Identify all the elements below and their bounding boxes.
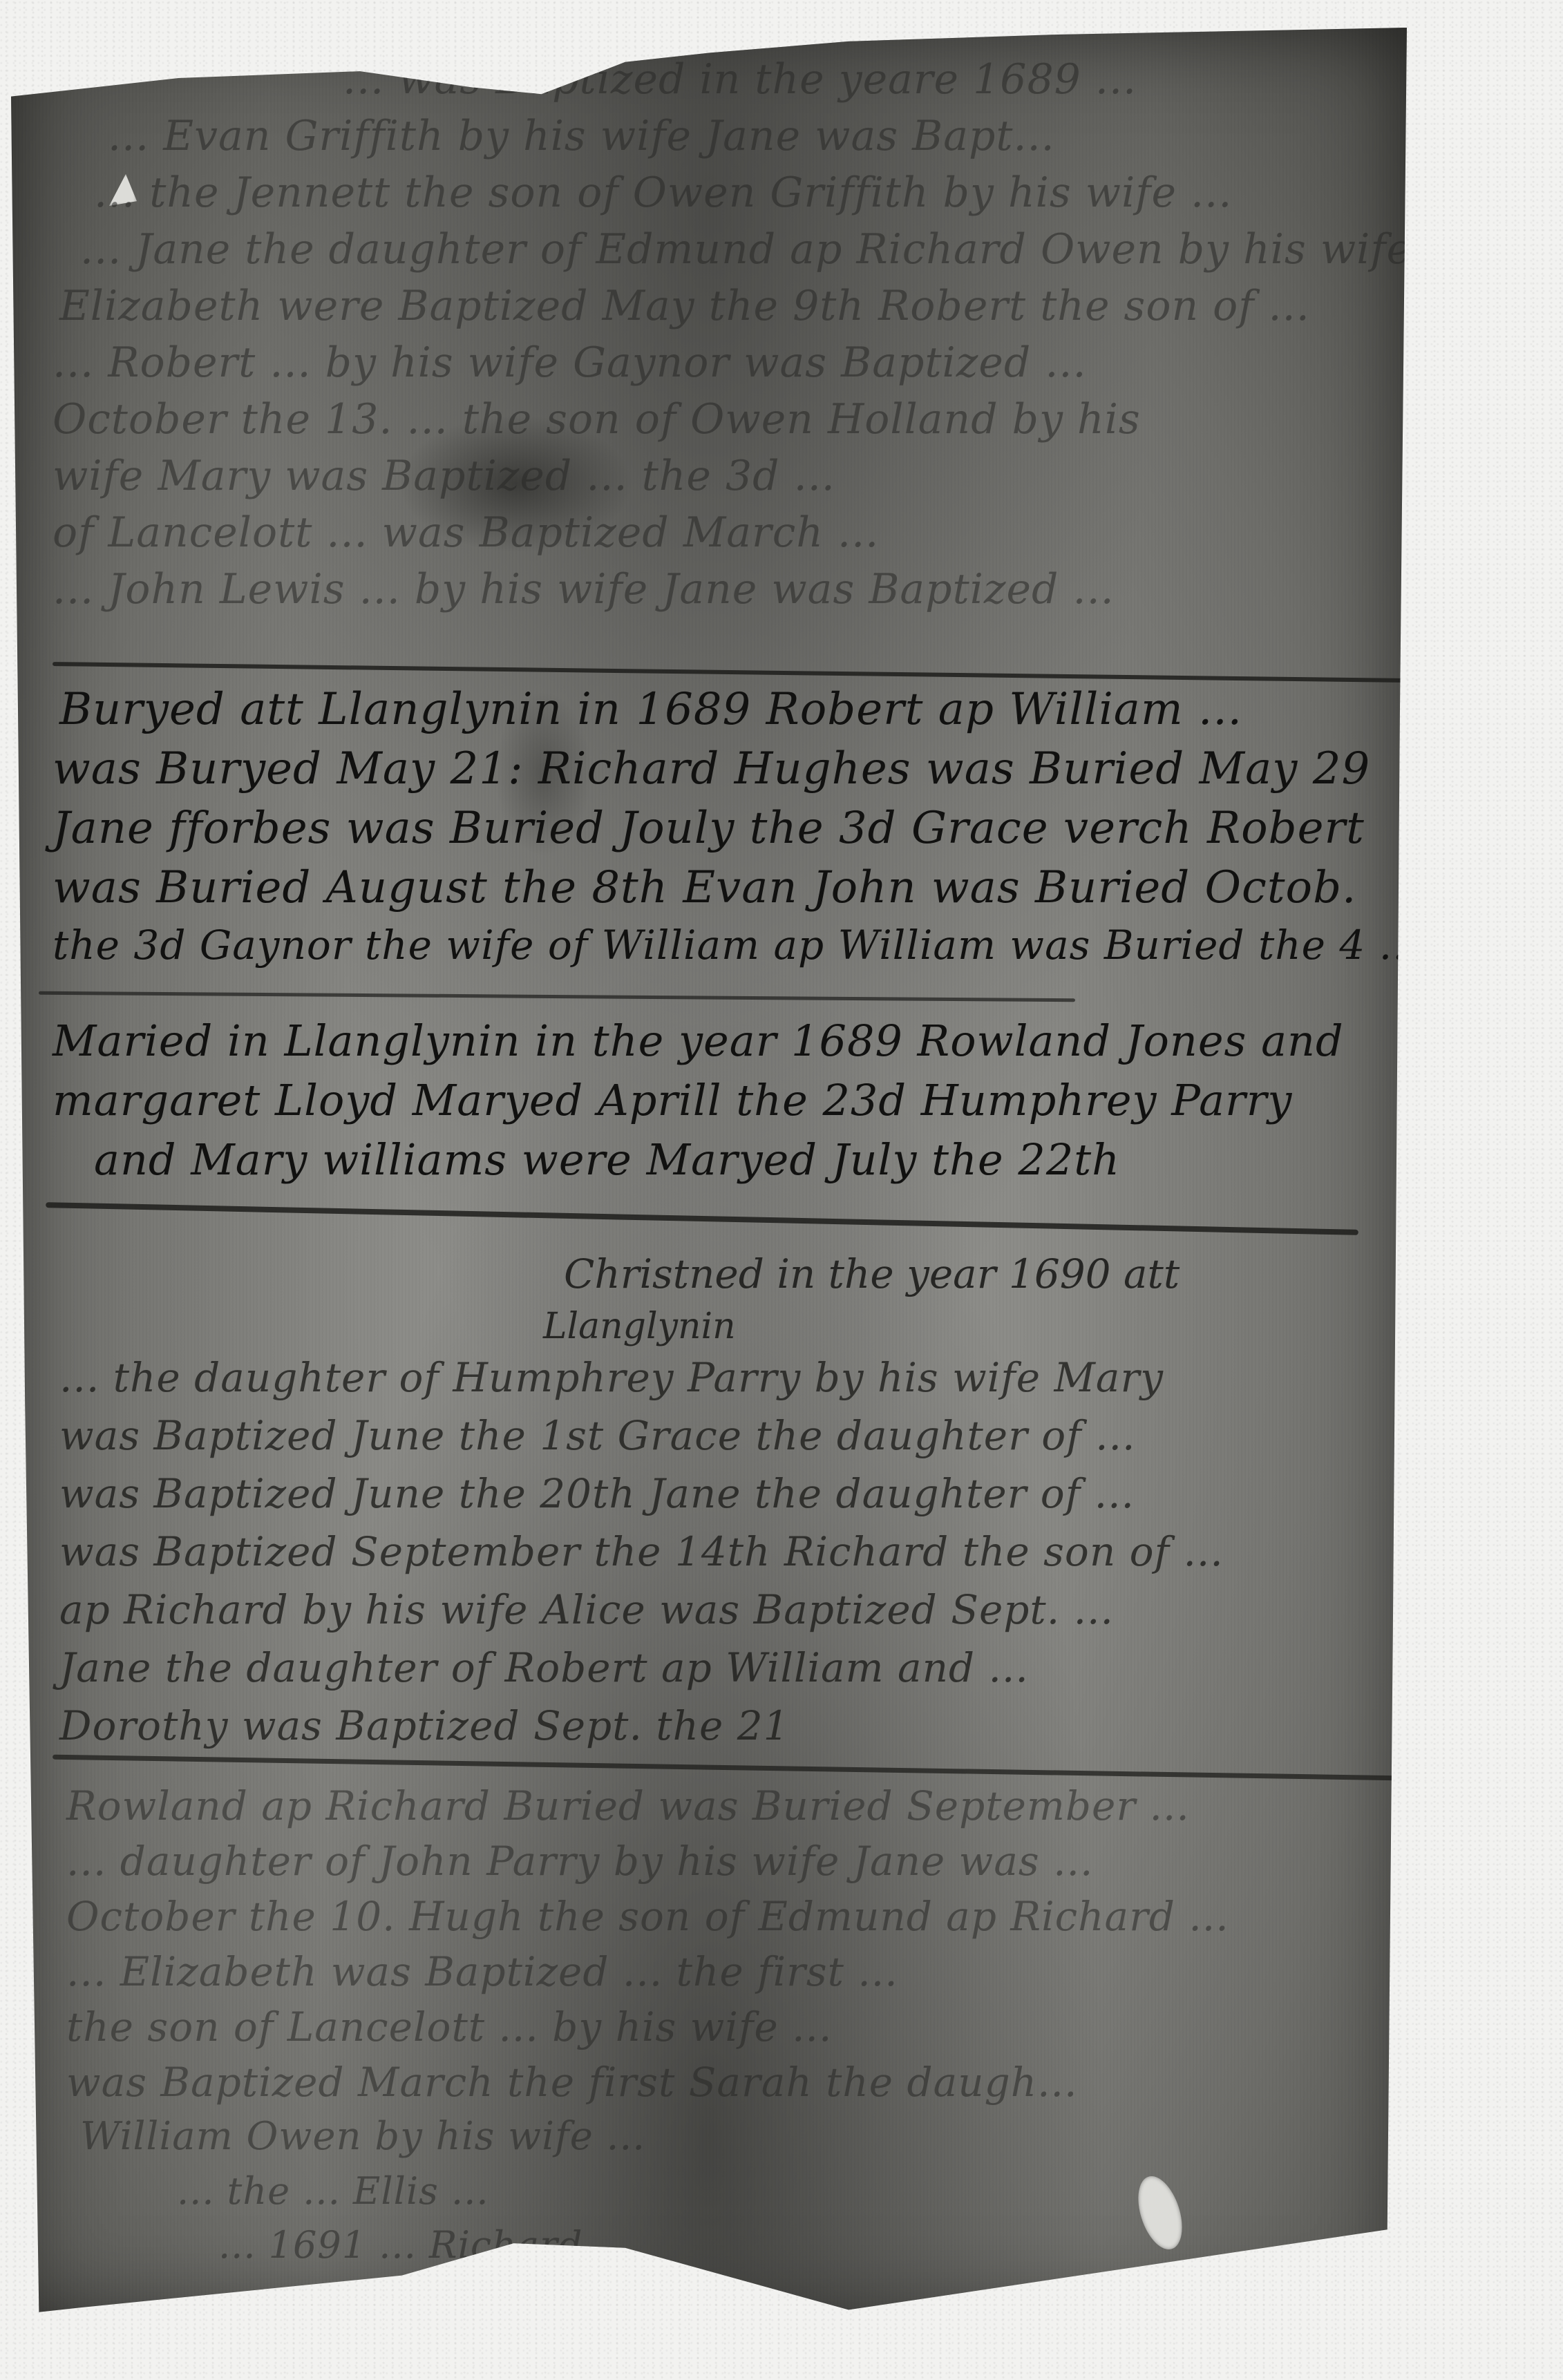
register-line: ... Evan Griffith by his wife Jane was B… xyxy=(108,112,1421,169)
register-line: was Baptized September the 14th Richard … xyxy=(59,1528,1372,1586)
section-baptisms-1689-continued: ... was Baptized in the yeare 1689 ... .… xyxy=(53,55,1365,622)
section-heading-place: Llanglynin xyxy=(543,1306,736,1347)
register-line: margaret Lloyd Maryed Aprill the 23d Hum… xyxy=(53,1075,1365,1134)
register-line: wife Mary was Baptized ... the 3d ... xyxy=(53,452,1365,508)
divider-rule xyxy=(46,1202,1358,1235)
register-line: William Owen by his wife ... xyxy=(80,2114,1393,2169)
register-line: October the 13. ... the son of Owen Holl… xyxy=(53,395,1365,452)
register-line: was Baptized June the 20th Jane the daug… xyxy=(59,1470,1372,1528)
register-line: ... Elizabeth was Baptized ... the first… xyxy=(66,1948,1379,2003)
register-line: Jane the daughter of Robert ap William a… xyxy=(59,1644,1372,1702)
register-line: ... daughter of John Parry by his wife J… xyxy=(66,1838,1379,1893)
register-line: was Baptized March the first Sarah the d… xyxy=(66,2059,1379,2114)
register-line: was Baptized June the 1st Grace the daug… xyxy=(59,1412,1372,1470)
register-line: ... the Jennett the son of Owen Griffith… xyxy=(94,169,1407,225)
register-line: and Mary williams were Maryed July the 2… xyxy=(94,1134,1407,1194)
register-line: ... Robert ... by his wife Gaynor was Ba… xyxy=(53,339,1365,395)
register-line: Rowland ap Richard Buried was Buried Sep… xyxy=(66,1782,1379,1838)
divider-rule xyxy=(53,662,1407,683)
register-line: Jane fforbes was Buried Jouly the 3d Gra… xyxy=(53,803,1365,862)
register-line: ... the daughter of Humphrey Parry by hi… xyxy=(59,1354,1372,1412)
register-line: the son of Lancelott ... by his wife ... xyxy=(66,2003,1379,2059)
register-line: of Lancelott ... was Baptized March ... xyxy=(53,508,1365,565)
register-line: Buryed att Llanglynin in 1689 Robert ap … xyxy=(59,684,1372,743)
register-line: ... the ... Ellis ... xyxy=(177,2169,1490,2223)
register-line: was Buried August the 8th Evan John was … xyxy=(53,862,1365,922)
section-burials-1689: Buryed att Llanglynin in 1689 Robert ap … xyxy=(53,684,1365,981)
section-marriages-1689: Maried in Llanglynin in the year 1689 Ro… xyxy=(53,1016,1365,1194)
section-heading: Christned in the year 1690 att xyxy=(564,1250,1180,1297)
register-line: was Buryed May 21: Richard Hughes was Bu… xyxy=(53,743,1365,803)
register-line: the 3d Gaynor the wife of William ap Wil… xyxy=(53,922,1365,981)
register-line: ... John Lewis ... by his wife Jane was … xyxy=(53,565,1365,622)
register-line: October the 10. Hugh the son of Edmund a… xyxy=(66,1893,1379,1948)
register-line: ... Jane the daughter of Edmund ap Richa… xyxy=(80,225,1393,282)
section-baptisms-1690: ... the daughter of Humphrey Parry by hi… xyxy=(53,1354,1365,1760)
register-line: Elizabeth were Baptized May the 9th Robe… xyxy=(59,282,1372,339)
register-line: Dorothy was Baptized Sept. the 21 xyxy=(59,1702,1372,1760)
divider-rule xyxy=(39,991,1075,1002)
register-line: Maried in Llanglynin in the year 1689 Ro… xyxy=(53,1016,1365,1075)
register-line: ap Richard by his wife Alice was Baptize… xyxy=(59,1586,1372,1644)
manuscript-page: ... was Baptized in the yeare 1689 ... .… xyxy=(11,28,1407,2321)
section-burials-1690: Rowland ap Richard Buried was Buried Sep… xyxy=(53,1782,1365,2277)
